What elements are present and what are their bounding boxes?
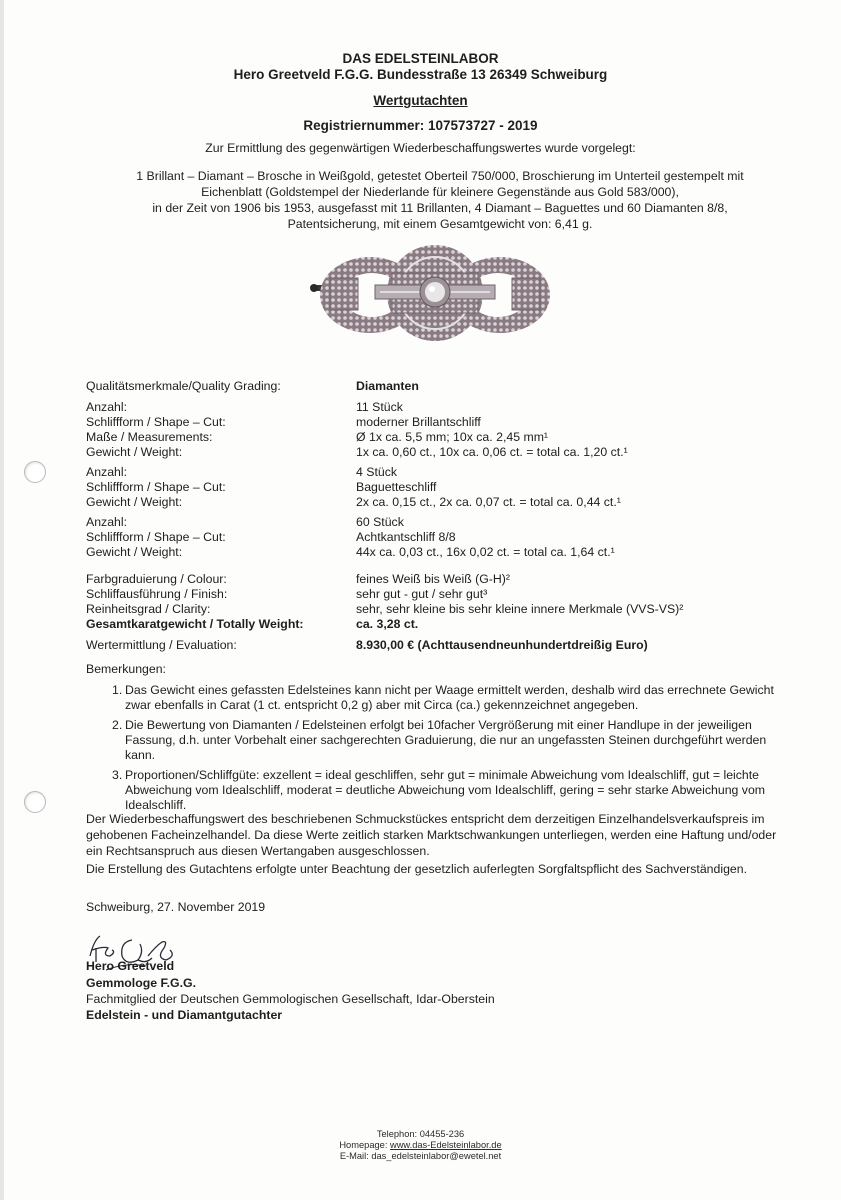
field-value: 44x ca. 0,03 ct., 16x 0,02 ct. = total c… (356, 545, 615, 559)
remark-text: Die Bewertung von Diamanten / Edelsteine… (125, 718, 766, 762)
remark-number: 2. (112, 718, 122, 733)
clarity-value: sehr, sehr kleine bis sehr kleine innere… (356, 602, 683, 616)
field-value: Ø 1x ca. 5,5 mm; 10x ca. 2,45 mm¹ (356, 430, 548, 444)
field-label: Anzahl: (86, 465, 127, 479)
total-weight-label: Gesamtkaratgewicht / Totally Weight: (86, 617, 304, 631)
field-label: Anzahl: (86, 400, 127, 414)
colour-label: Farbgraduierung / Colour: (86, 572, 227, 586)
remark-item: 3. Proportionen/Schliffgüte: exzellent =… (86, 768, 796, 813)
field-value: 2x ca. 0,15 ct., 2x ca. 0,07 ct. = total… (356, 495, 621, 509)
punch-hole-icon (24, 791, 46, 813)
signatory-name: Hero Greetveld (86, 958, 174, 974)
field-label: Anzahl: (86, 515, 127, 529)
description-line: Patentsicherung, mit einem Gesamtgewicht… (90, 216, 790, 232)
footer-phone: Telephon: 04455-236 (0, 1129, 841, 1140)
intro-text: Zur Ermittlung des gegenwärtigen Wiederb… (0, 141, 841, 155)
grading-heading-value: Diamanten (356, 379, 419, 393)
field-label: Maße / Measurements: (86, 430, 212, 444)
remark-text: Das Gewicht eines gefassten Edelsteines … (125, 683, 774, 712)
field-label: Gewicht / Weight: (86, 545, 182, 559)
scan-edge (0, 0, 4, 1200)
registration-number: Registriernummer: 107573727 - 2019 (0, 118, 841, 133)
remark-number: 1. (112, 683, 122, 698)
disclaimer-text: Der Wiederbeschaffungswert des beschrieb… (86, 811, 786, 859)
appraisal-document: DAS EDELSTEINLABOR Hero Greetveld F.G.G.… (0, 0, 841, 1200)
field-label: Schliffform / Shape – Cut: (86, 415, 226, 429)
homepage-link[interactable]: www.das-Edelsteinlabor.de (390, 1140, 502, 1150)
evaluation-label: Wertermittlung / Evaluation: (86, 638, 237, 652)
punch-hole-icon (24, 461, 46, 483)
finish-value: sehr gut - gut / sehr gut³ (356, 587, 487, 601)
total-weight-value: ca. 3,28 ct. (356, 617, 418, 631)
brooch-photo-icon (300, 243, 570, 343)
signatory-role: Edelstein - und Diamantgutachter (86, 1007, 282, 1023)
company-address: Hero Greetveld F.G.G. Bundesstraße 13 26… (0, 67, 841, 82)
field-value: 11 Stück (356, 400, 403, 414)
field-value: 1x ca. 0,60 ct., 10x ca. 0,06 ct. = tota… (356, 445, 628, 459)
field-label: Gewicht / Weight: (86, 495, 182, 509)
place-date: Schweiburg, 27. November 2019 (86, 899, 786, 915)
description-line: 1 Brillant – Diamant – Brosche in Weißgo… (90, 168, 790, 184)
grading-heading-label: Qualitätsmerkmale/Quality Grading: (86, 379, 281, 393)
finish-label: Schliffausführung / Finish: (86, 587, 227, 601)
remark-text: Proportionen/Schliffgüte: exzellent = id… (125, 768, 765, 812)
colour-value: feines Weiß bis Weiß (G-H)² (356, 572, 510, 586)
signatory-title: Gemmologe F.G.G. (86, 975, 196, 991)
field-label: Schliffform / Shape – Cut: (86, 530, 226, 544)
field-value: moderner Brillantschliff (356, 415, 481, 429)
homepage-label: Homepage: (339, 1140, 390, 1150)
company-name: DAS EDELSTEINLABOR (0, 51, 841, 66)
remarks-list: 1. Das Gewicht eines gefassten Edelstein… (86, 683, 796, 818)
field-label: Schliffform / Shape – Cut: (86, 480, 226, 494)
field-label: Gewicht / Weight: (86, 445, 182, 459)
field-value: 4 Stück (356, 465, 397, 479)
evaluation-value: 8.930,00 € (Achttausendneunhundertdreißi… (356, 638, 648, 652)
field-value: Achtkantschliff 8/8 (356, 530, 456, 544)
footer-email: E-Mail: das_edelsteinlabor@ewetel.net (0, 1151, 841, 1162)
remarks-title: Bemerkungen: (86, 662, 166, 676)
remark-item: 1. Das Gewicht eines gefassten Edelstein… (86, 683, 796, 713)
description-line: Eichenblatt (Goldstempel der Niederlande… (90, 184, 790, 200)
remark-item: 2. Die Bewertung von Diamanten / Edelste… (86, 718, 796, 763)
item-description: 1 Brillant – Diamant – Brosche in Weißgo… (90, 168, 790, 232)
diligence-text: Die Erstellung des Gutachtens erfolgte u… (86, 861, 786, 877)
signatory-membership: Fachmitglied der Deutschen Gemmologische… (86, 991, 495, 1007)
field-value: Baguetteschliff (356, 480, 436, 494)
field-value: 60 Stück (356, 515, 404, 529)
clarity-label: Reinheitsgrad / Clarity: (86, 602, 210, 616)
document-type: Wertgutachten (0, 93, 841, 108)
footer-homepage: Homepage: www.das-Edelsteinlabor.de (0, 1140, 841, 1151)
description-line: in der Zeit von 1906 bis 1953, ausgefass… (90, 200, 790, 216)
remark-number: 3. (112, 768, 122, 783)
